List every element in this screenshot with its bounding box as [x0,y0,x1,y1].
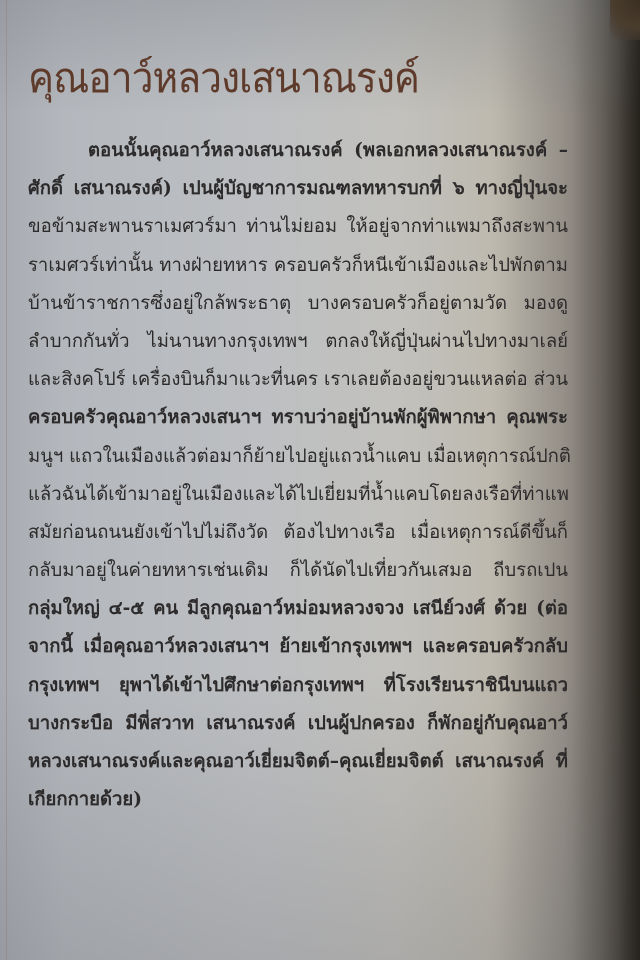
chapter-title: คุณอาว์หลวงเสนาณรงค์ [28,52,588,107]
text-line: ขอข้ามสะพานราเมศวร์มา ท่านไม่ยอม ให้อยู่… [28,208,568,246]
text-line: ศักดิ์ เสนาณรงค์) เปนผู้บัญชาการมณฑลทหาร… [28,170,568,208]
text-line: หลวงเสนาณรงค์และคุณอาว์เยี่ยมจิตต์–คุณเย… [28,743,568,781]
text-line: กรุงเทพฯ ยุพาได้เข้าไปศึกษาต่อกรุงเทพฯ ท… [28,667,568,705]
text-line: เกียกกายด้วย) [28,781,568,819]
text-line: ตอนนั้นคุณอาว์หลวงเสนาณรงค์ (พลเอกหลวงเส… [28,132,568,170]
text-line: บางกระบือ มีพี่สวาท เสนาณรงค์ เปนผู้ปกคร… [28,705,568,743]
book-page: คุณอาว์หลวงเสนาณรงค์ ตอนนั้นคุณอาว์หลวงเ… [28,52,588,819]
text-line: สมัยก่อนถนนยังเข้าไปไม่ถึงวัด ต้องไปทางเ… [28,514,568,552]
text-line: บ้านข้าราชการซึ่งอยู่ใกล้พระธาตุ บางครอบ… [28,285,568,323]
text-line: ครอบครัวคุณอาว์หลวงเสนาฯ ทราบว่าอยู่บ้าน… [28,399,568,437]
chapter-body: ตอนนั้นคุณอาว์หลวงเสนาณรงค์ (พลเอกหลวงเส… [28,132,588,819]
text-line: และสิงคโปร์ เครื่องบินก็มาแวะที่นคร เราเ… [28,361,568,399]
text-line: ราเมศวร์เท่านั้น ทางฝ่ายทหาร ครอบครัวก็ห… [28,247,568,285]
book-corner [610,0,640,40]
text-line: จากนี้ เมื่อคุณอาว์หลวงเสนาฯ ย้ายเข้ากรุ… [28,628,568,666]
page-edge [6,0,7,960]
text-line: กลับมาอยู่ในค่ายทหารเช่นเดิม ก็ได้นัดไปเ… [28,552,568,590]
text-line: กลุ่มใหญ่ ๔-๕ คน มีลูกคุณอาว์หม่อมหลวงจว… [28,590,568,628]
text-line: มนูฯ แถวในเมืองแล้วต่อมาก็ย้ายไปอยู่แถวน… [28,438,568,476]
text-line: แล้วฉันได้เข้ามาอยู่ในเมืองและได้ไปเยี่ย… [28,476,568,514]
text-line: ลำบากกันทั่ว ไม่นานทางกรุงเทพฯ ตกลงให้ญี… [28,323,568,361]
